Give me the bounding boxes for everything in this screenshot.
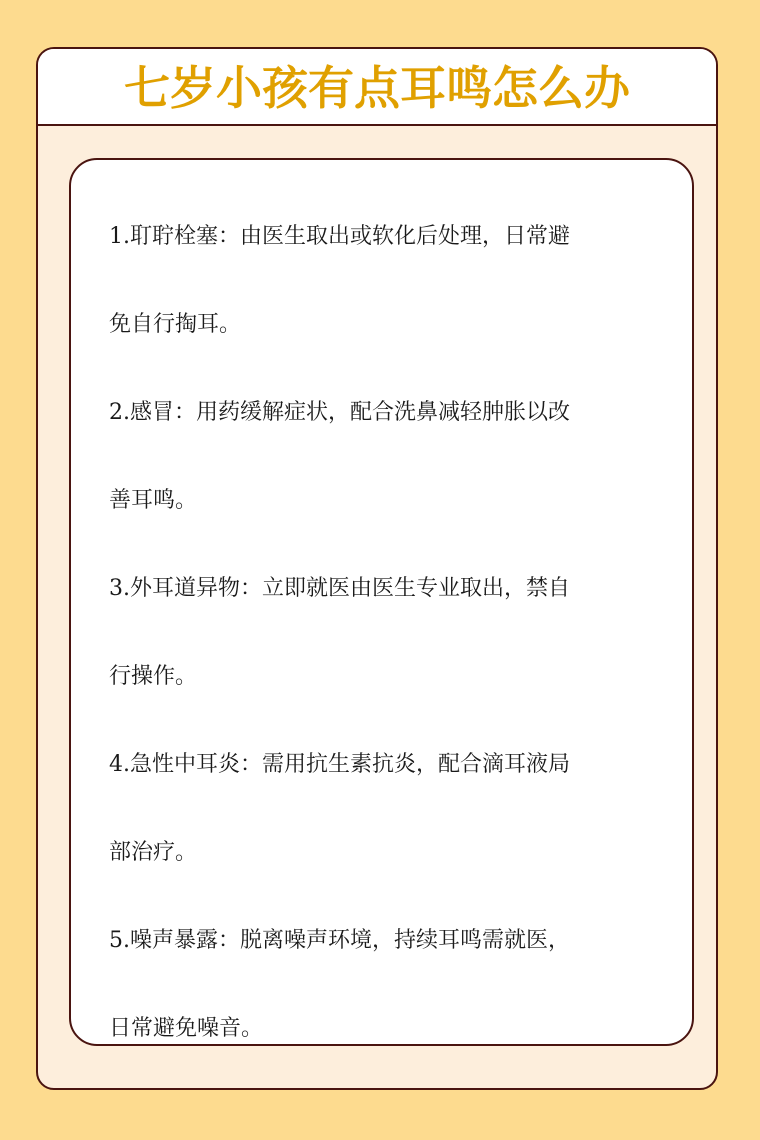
list-item: 5.噪声暴露：脱离噪声环境，持续耳鸣需就医， xyxy=(109,897,669,985)
list-item: 1.耵聍栓塞：由医生取出或软化后处理，日常避 xyxy=(109,193,669,281)
header: 七岁小孩有点耳鸣怎么办 xyxy=(38,49,716,126)
list-item-continuation: 日常避免噪音。 xyxy=(109,985,669,1073)
item-number: 1. xyxy=(109,224,130,249)
outer-card: 七岁小孩有点耳鸣怎么办 1.耵聍栓塞：由医生取出或软化后处理，日常避 免自行掏耳… xyxy=(36,47,718,1090)
list-item: 2.感冒：用药缓解症状，配合洗鼻减轻肿胀以改 xyxy=(109,369,669,457)
list-item-continuation: 部治疗。 xyxy=(109,809,669,897)
page-title: 七岁小孩有点耳鸣怎么办 xyxy=(124,52,630,118)
content-card: 1.耵聍栓塞：由医生取出或软化后处理，日常避 免自行掏耳。 2.感冒：用药缓解症… xyxy=(69,158,694,1046)
list-item: 4.急性中耳炎：需用抗生素抗炎，配合滴耳液局 xyxy=(109,721,669,809)
item-text: 耵聍栓塞：由医生取出或软化后处理，日常避 xyxy=(130,224,570,249)
item-number: 4. xyxy=(109,752,130,777)
item-number: 5. xyxy=(109,928,130,953)
item-text: 急性中耳炎：需用抗生素抗炎，配合滴耳液局 xyxy=(130,752,570,777)
list-item-continuation: 免自行掏耳。 xyxy=(109,281,669,369)
item-number: 3. xyxy=(109,576,130,601)
list-item-continuation: 善耳鸣。 xyxy=(109,457,669,545)
list-item: 3.外耳道异物：立即就医由医生专业取出，禁自 xyxy=(109,545,669,633)
item-text: 噪声暴露：脱离噪声环境，持续耳鸣需就医， xyxy=(130,928,570,953)
item-number: 2. xyxy=(109,400,130,425)
item-text: 外耳道异物：立即就医由医生专业取出，禁自 xyxy=(130,576,570,601)
content-list: 1.耵聍栓塞：由医生取出或软化后处理，日常避 免自行掏耳。 2.感冒：用药缓解症… xyxy=(109,193,669,1073)
item-text: 感冒：用药缓解症状，配合洗鼻减轻肿胀以改 xyxy=(130,400,570,425)
list-item-continuation: 行操作。 xyxy=(109,633,669,721)
